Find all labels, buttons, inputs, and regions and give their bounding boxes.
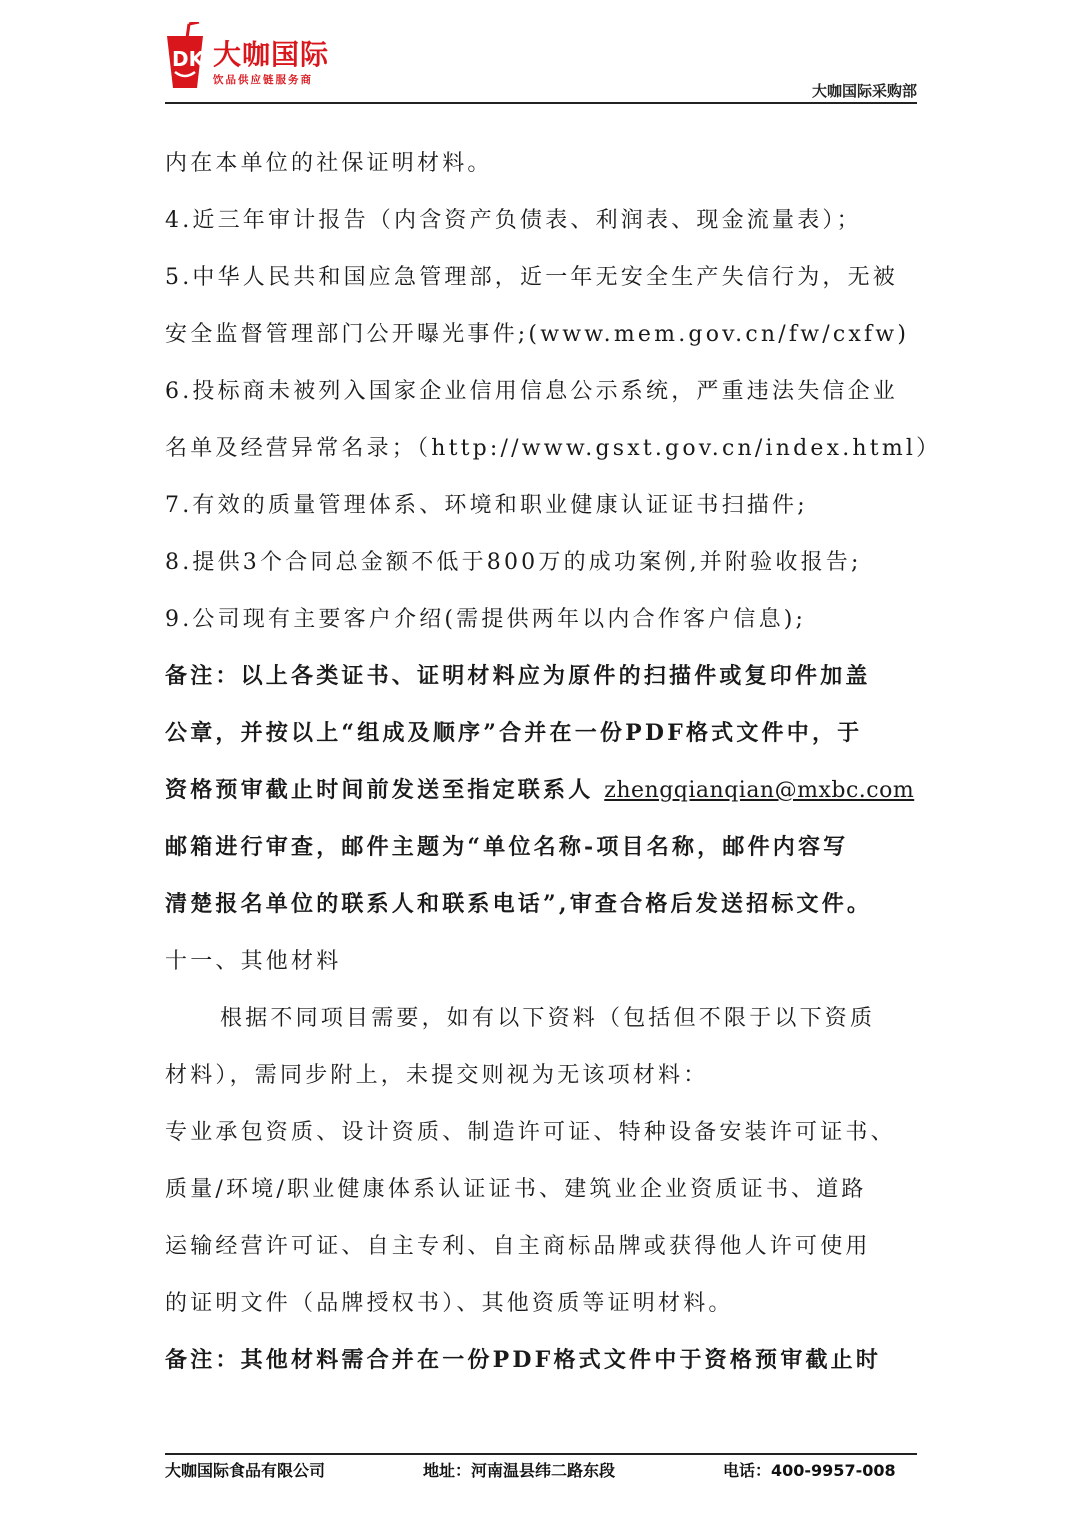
note-line: 清楚报名单位的联系人和联系电话”,审查合格后发送招标文件。 xyxy=(165,876,917,933)
footer-divider xyxy=(165,1453,917,1455)
page-header: DK 大咖国际 饮品供应链服务商 大咖国际采购部 xyxy=(165,20,917,104)
section-title: 十一、其他材料 xyxy=(165,933,917,990)
body-line: 6.投标商未被列入国家企业信用信息公示系统，严重违法失信企业 xyxy=(165,363,917,420)
body-line: 8.提供3个合同总金额不低于800万的成功案例,并附验收报告; xyxy=(165,534,917,591)
body-line: 名单及经营异常名录；（http://www.gsxt.gov.cn/index.… xyxy=(165,420,917,477)
department-label: 大咖国际采购部 xyxy=(812,80,917,101)
footer-address: 地址：河南温县纬二路东段 xyxy=(423,1458,615,1481)
section-line: 根据不同项目需要，如有以下资料（包括但不限于以下资质 xyxy=(165,990,917,1047)
body-line: 5.中华人民共和国应急管理部，近一年无安全生产失信行为，无被 xyxy=(165,249,917,306)
footer-company: 大咖国际食品有限公司 xyxy=(165,1458,325,1481)
section-line: 的证明文件（品牌授权书）、其他资质等证明材料。 xyxy=(165,1275,917,1332)
body-line: 安全监督管理部门公开曝光事件;(www.mem.gov.cn/fw/cxfw) xyxy=(165,306,917,363)
section-line: 材料），需同步附上，未提交则视为无该项材料： xyxy=(165,1047,917,1104)
body-line: 内在本单位的社保证明材料。 xyxy=(165,135,917,192)
note-text: 资格预审截止时间前发送至指定联系人 xyxy=(165,777,593,803)
note-line: 备注：其他材料需合并在一份PDF格式文件中于资格预审截止时 xyxy=(165,1332,917,1389)
company-logo: DK 大咖国际 饮品供应链服务商 xyxy=(165,22,329,92)
cup-logo-icon: DK xyxy=(165,22,205,92)
svg-text:DK: DK xyxy=(172,47,205,71)
section-line: 专业承包资质、设计资质、制造许可证、特种设备安装许可证书、 xyxy=(165,1104,917,1161)
company-name: 大咖国际 xyxy=(213,40,329,70)
body-line: 4.近三年审计报告（内含资产负债表、利润表、现金流量表）； xyxy=(165,192,917,249)
note-line: 资格预审截止时间前发送至指定联系人 zhengqianqian@mxbc.com xyxy=(165,762,917,819)
footer-phone: 电话：400-9957-008 xyxy=(723,1458,896,1481)
body-line: 7.有效的质量管理体系、环境和职业健康认证证书扫描件; xyxy=(165,477,917,534)
section-line: 质量/环境/职业健康体系认证证书、建筑业企业资质证书、道路 xyxy=(165,1161,917,1218)
note-line: 备注：以上各类证书、证明材料应为原件的扫描件或复印件加盖 xyxy=(165,648,917,705)
section-line: 运输经营许可证、自主专利、自主商标品牌或获得他人许可使用 xyxy=(165,1218,917,1275)
contact-email-link[interactable]: zhengqianqian@mxbc.com xyxy=(604,778,914,803)
header-divider xyxy=(165,102,917,104)
note-line: 邮箱进行审查，邮件主题为“单位名称-项目名称，邮件内容写 xyxy=(165,819,917,876)
document-body: 内在本单位的社保证明材料。 4.近三年审计报告（内含资产负债表、利润表、现金流量… xyxy=(165,135,917,1389)
page-footer: 大咖国际食品有限公司 地址：河南温县纬二路东段 电话：400-9957-008 xyxy=(165,1458,917,1482)
body-line: 9.公司现有主要客户介绍(需提供两年以内合作客户信息); xyxy=(165,591,917,648)
company-slogan: 饮品供应链服务商 xyxy=(213,72,329,87)
note-line: 公章，并按以上“组成及顺序”合并在一份PDF格式文件中，于 xyxy=(165,705,917,762)
